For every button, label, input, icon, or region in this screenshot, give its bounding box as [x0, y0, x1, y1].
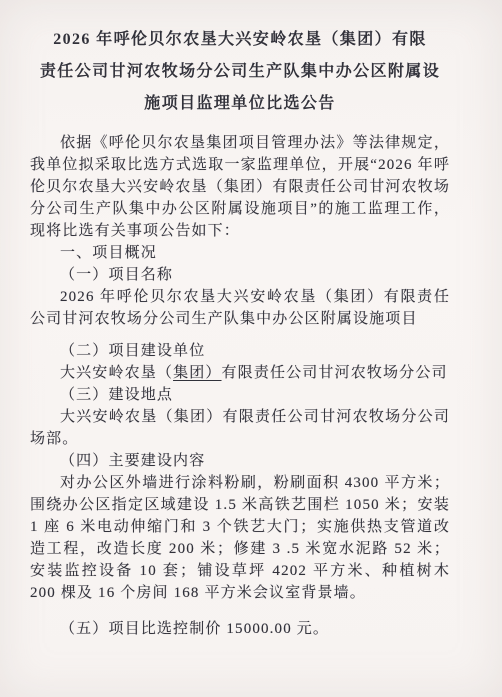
- document-title: 2026 年呼伦贝尔农垦大兴安岭农垦（集团）有限 责任公司甘河农牧场分公司生产队…: [34, 24, 446, 120]
- construction-unit-text-underlined: 集团）: [173, 365, 221, 381]
- document-title-line-3: 施项目监理单位比选公告: [34, 88, 446, 120]
- announcement-page: 2026 年呼伦贝尔农垦大兴安岭农垦（集团）有限 责任公司甘河农牧场分公司生产队…: [0, 0, 502, 697]
- document-title-line-1: 2026 年呼伦贝尔农垦大兴安岭农垦（集团）有限: [34, 24, 446, 56]
- project-name-paragraph: 2026 年呼伦贝尔农垦大兴安岭农垦（集团）有限责任公司甘河农牧场分公司生产队集…: [30, 286, 450, 330]
- location-heading: （三）建设地点: [30, 384, 450, 406]
- project-name-heading: （一）项目名称: [30, 264, 450, 286]
- construction-unit-paragraph: 大兴安岭农垦（集团）有限责任公司甘河农牧场分公司: [30, 362, 450, 384]
- document-body: 依据《呼伦贝尔农垦集团项目管理办法》等法律规定，我单位拟采取比选方式选取一家监理…: [30, 132, 450, 640]
- construction-unit-text-post: 有限责任公司甘河农牧场分公司: [222, 365, 448, 381]
- main-content-heading: （四）主要建设内容: [30, 450, 450, 472]
- intro-paragraph: 依据《呼伦贝尔农垦集团项目管理办法》等法律规定，我单位拟采取比选方式选取一家监理…: [30, 132, 450, 242]
- construction-unit-text-pre: 大兴安岭农垦（: [60, 365, 173, 381]
- main-content-paragraph: 对办公区外墙进行涂料粉刷，粉刷面积 4300 平方米；围绕办公区指定区域建设 1…: [30, 472, 450, 604]
- location-paragraph: 大兴安岭农垦（集团）有限责任公司甘河农牧场分公司场部。: [30, 406, 450, 450]
- section-overview-heading: 一、项目概况: [30, 242, 450, 264]
- control-price-line: （五）项目比选控制价 15000.00 元。: [30, 618, 450, 640]
- document-title-line-2: 责任公司甘河农牧场分公司生产队集中办公区附属设: [34, 56, 446, 88]
- construction-unit-heading: （二）项目建设单位: [30, 340, 450, 362]
